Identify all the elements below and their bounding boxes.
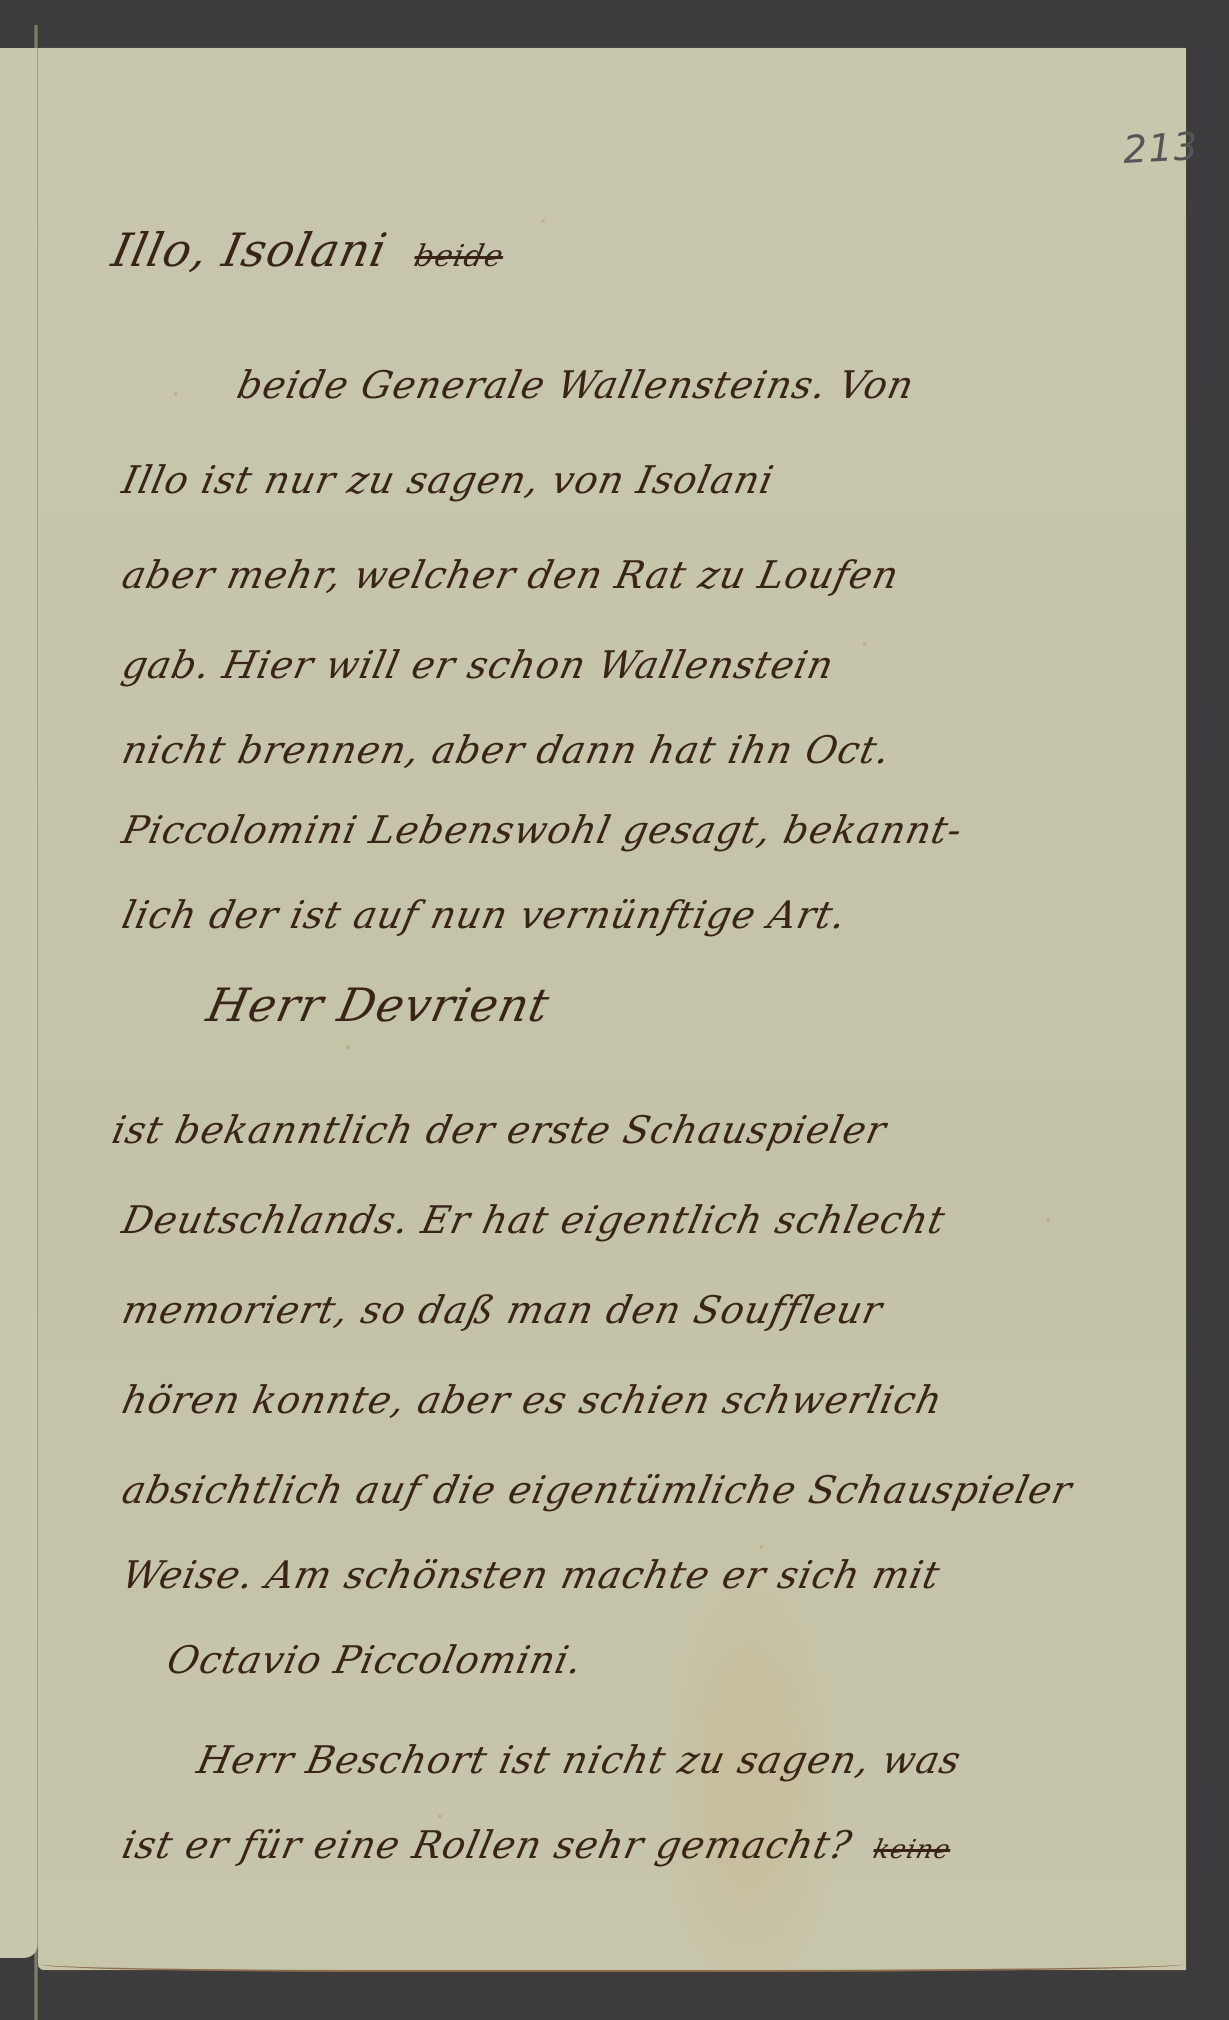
- manuscript-scan: 213 Illo, Isolani beide beide Generale W…: [0, 0, 1229, 2020]
- line-6: nicht brennen, aber dann hat ihn Oct.: [118, 728, 894, 772]
- struck-word: beide: [411, 239, 507, 274]
- folio-number: 213: [1122, 124, 1200, 172]
- struck-word: keine: [870, 1835, 953, 1865]
- line-13: hören konnte, aber es schien schwerlich: [118, 1378, 946, 1422]
- line-18-text: ist er für eine Rollen sehr gemacht?: [118, 1823, 856, 1867]
- line-18: ist er für eine Rollen sehr gemacht? kei…: [118, 1823, 956, 1867]
- line-1-text: Illo, Isolani: [107, 223, 392, 277]
- line-16: Octavio Piccolomini.: [163, 1638, 586, 1682]
- manuscript-page: 213 Illo, Isolani beide beide Generale W…: [38, 48, 1186, 1970]
- line-5: gab. Hier will er schon Wallenstein: [118, 643, 838, 687]
- line-7: Piccolomini Lebenswohl gesagt, bekannt-: [118, 808, 966, 852]
- facing-page-edge: [0, 48, 38, 1958]
- line-12: memoriert, so daß man den Souffleur: [118, 1288, 886, 1332]
- line-14: absichtlich auf die eigentümliche Schaus…: [118, 1468, 1076, 1512]
- line-8: lich der ist auf nun vernünftige Art.: [118, 893, 850, 937]
- line-11: Deutschlands. Er hat eigentlich schlecht: [118, 1198, 949, 1242]
- line-3: Illo ist nur zu sagen, von Isolani: [118, 458, 778, 502]
- line-10: ist bekanntlich der erste Schauspieler: [108, 1108, 890, 1152]
- section-heading-devrient: Herr Devrient: [202, 978, 555, 1032]
- line-2: beide Generale Wallensteins. Von: [233, 363, 918, 407]
- line-1: Illo, Isolani beide: [107, 223, 510, 277]
- line-17: Herr Beschort ist nicht zu sagen, was: [193, 1738, 965, 1782]
- line-4: aber mehr, welcher den Rat zu Loufen: [118, 553, 903, 597]
- line-15: Weise. Am schönsten machte er sich mit: [118, 1553, 944, 1597]
